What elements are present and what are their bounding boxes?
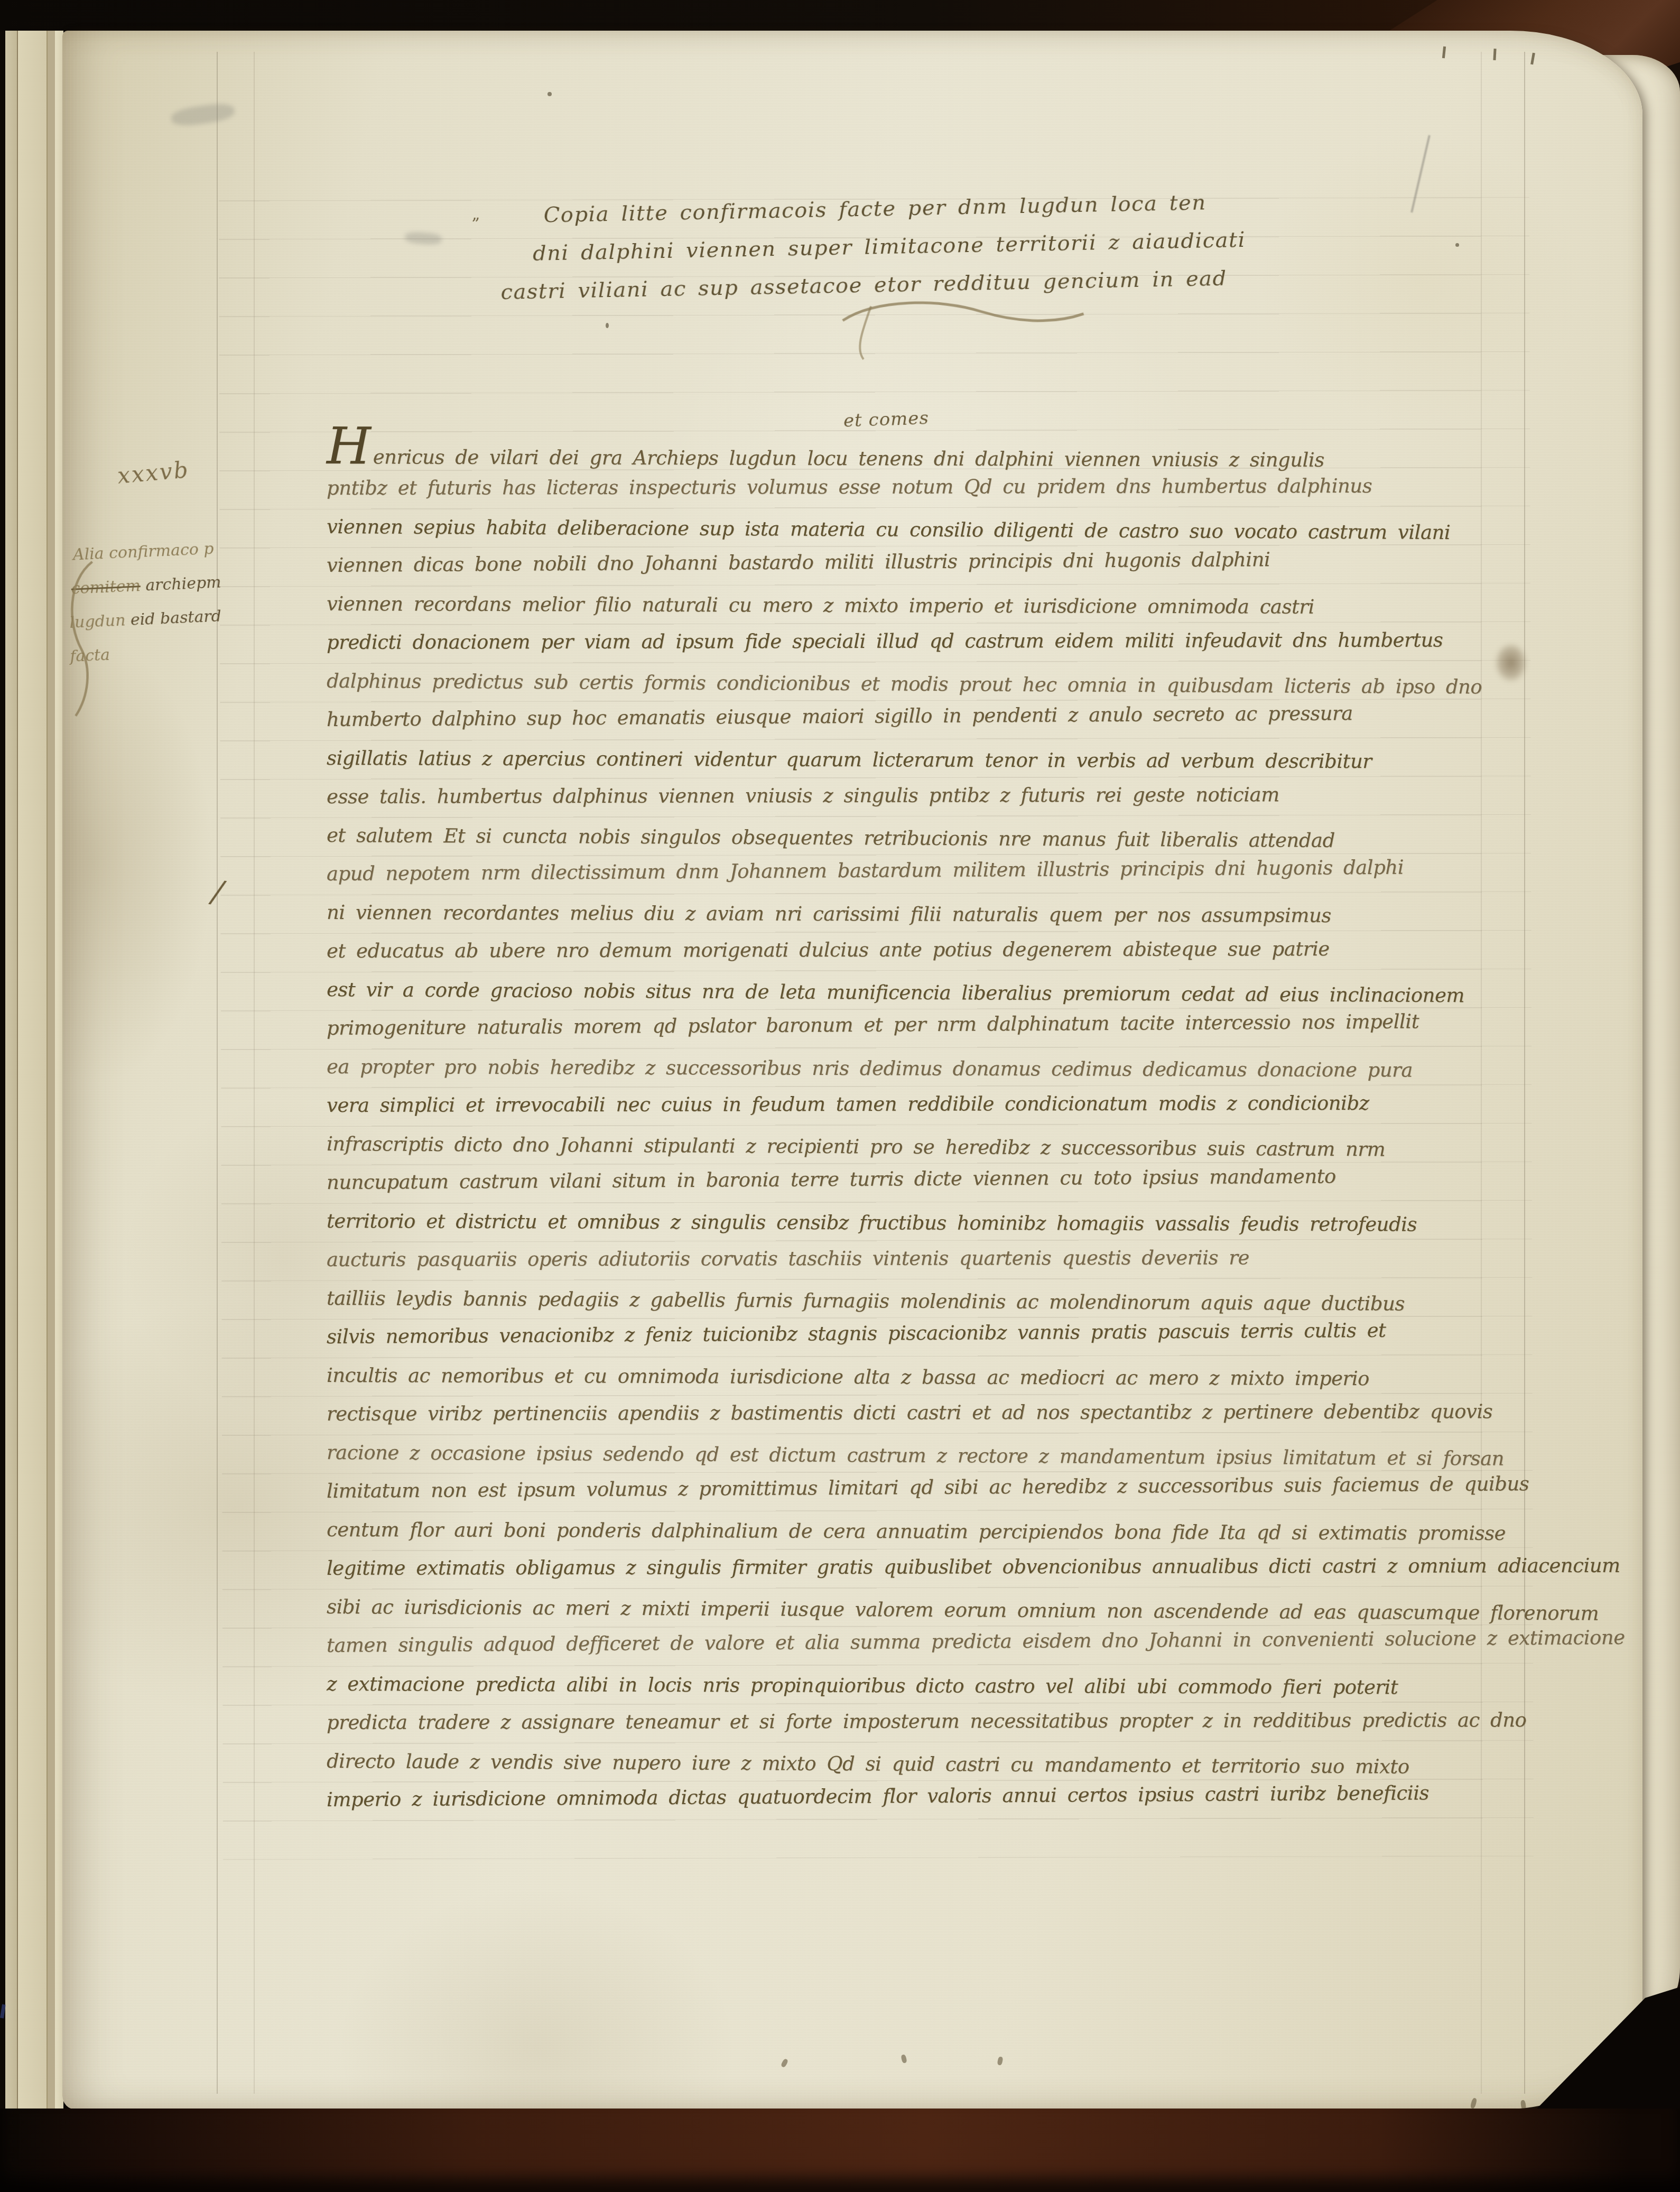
paragraph-mark: „ xyxy=(471,205,480,224)
text-line: aucturis pasquariis operis adiutoriis co… xyxy=(327,1238,1547,1279)
margin-note-flourish xyxy=(61,559,105,719)
margin-note: Alia confirmaco pcomitem archiepmlugdun … xyxy=(65,529,293,674)
page-edge-strip xyxy=(18,31,48,2110)
margin-note-word: archiepm xyxy=(140,573,221,595)
text-line: pntibz et futuris has licteras inspectur… xyxy=(327,466,1547,507)
text-line: apud nepotem nrm dilectissimum dnm Johan… xyxy=(327,847,1547,893)
margin-note-word: eid bastard xyxy=(125,607,222,630)
photograph-of-manuscript: „ Copia litte confirmacois facte per dnm… xyxy=(0,0,1680,2192)
text-line: et educatus ab ubere nro demum morigenat… xyxy=(327,929,1547,970)
ink-speck xyxy=(606,323,609,328)
header-flourish xyxy=(839,298,1089,361)
text-line: esse talis. humbertus dalphinus viennen … xyxy=(327,775,1547,816)
text-line: rectisque viribz pertinenciis apendiis z… xyxy=(327,1392,1547,1433)
ink-speck xyxy=(547,92,552,96)
text-line: vera simplici et irrevocabili nec cuius … xyxy=(327,1083,1547,1125)
text-line: predicta tradere z assignare teneamur et… xyxy=(327,1701,1547,1742)
page-edge-strip xyxy=(5,31,18,2110)
text-line: limitatum non est ipsum volumus z promit… xyxy=(327,1464,1547,1510)
gutter-shadow xyxy=(0,31,5,2110)
text-line: legitime extimatis obligamus z singulis … xyxy=(327,1546,1547,1587)
text-line: viennen dicas bone nobili dno Johanni ba… xyxy=(327,538,1547,584)
text-line: silvis nemoribus venacionibz z feniz tui… xyxy=(327,1310,1547,1356)
binding-board-bottom xyxy=(0,2109,1680,2192)
rubric-header: „ Copia litte confirmacois facte per dnm… xyxy=(499,181,1325,311)
manuscript-page: „ Copia litte confirmacois facte per dnm… xyxy=(62,31,1642,2110)
text-line: primogeniture naturalis morem qd pslator… xyxy=(327,1001,1547,1047)
page-edge-strip xyxy=(48,31,55,2110)
text-line: tamen singulis adquod defficeret de valo… xyxy=(327,1619,1547,1665)
ruling-line-vertical xyxy=(217,52,218,2094)
ink-speck xyxy=(1455,243,1459,247)
text-line: imperio z iurisdicione omnimoda dictas q… xyxy=(327,1773,1547,1819)
main-text-block: Henricus de vilari dei gra Archieps lugd… xyxy=(327,430,1547,1819)
page-stack-gutter xyxy=(0,31,63,2110)
text-line: predicti donacionem per viam ad ipsum fi… xyxy=(327,620,1547,662)
interlinear-addition: et comes xyxy=(843,407,929,432)
text-line: nuncupatum castrum vilani situm in baron… xyxy=(327,1156,1547,1202)
text-line: humberto dalphino sup hoc emanatis eiusq… xyxy=(327,693,1547,739)
ink-blot xyxy=(1489,636,1533,689)
